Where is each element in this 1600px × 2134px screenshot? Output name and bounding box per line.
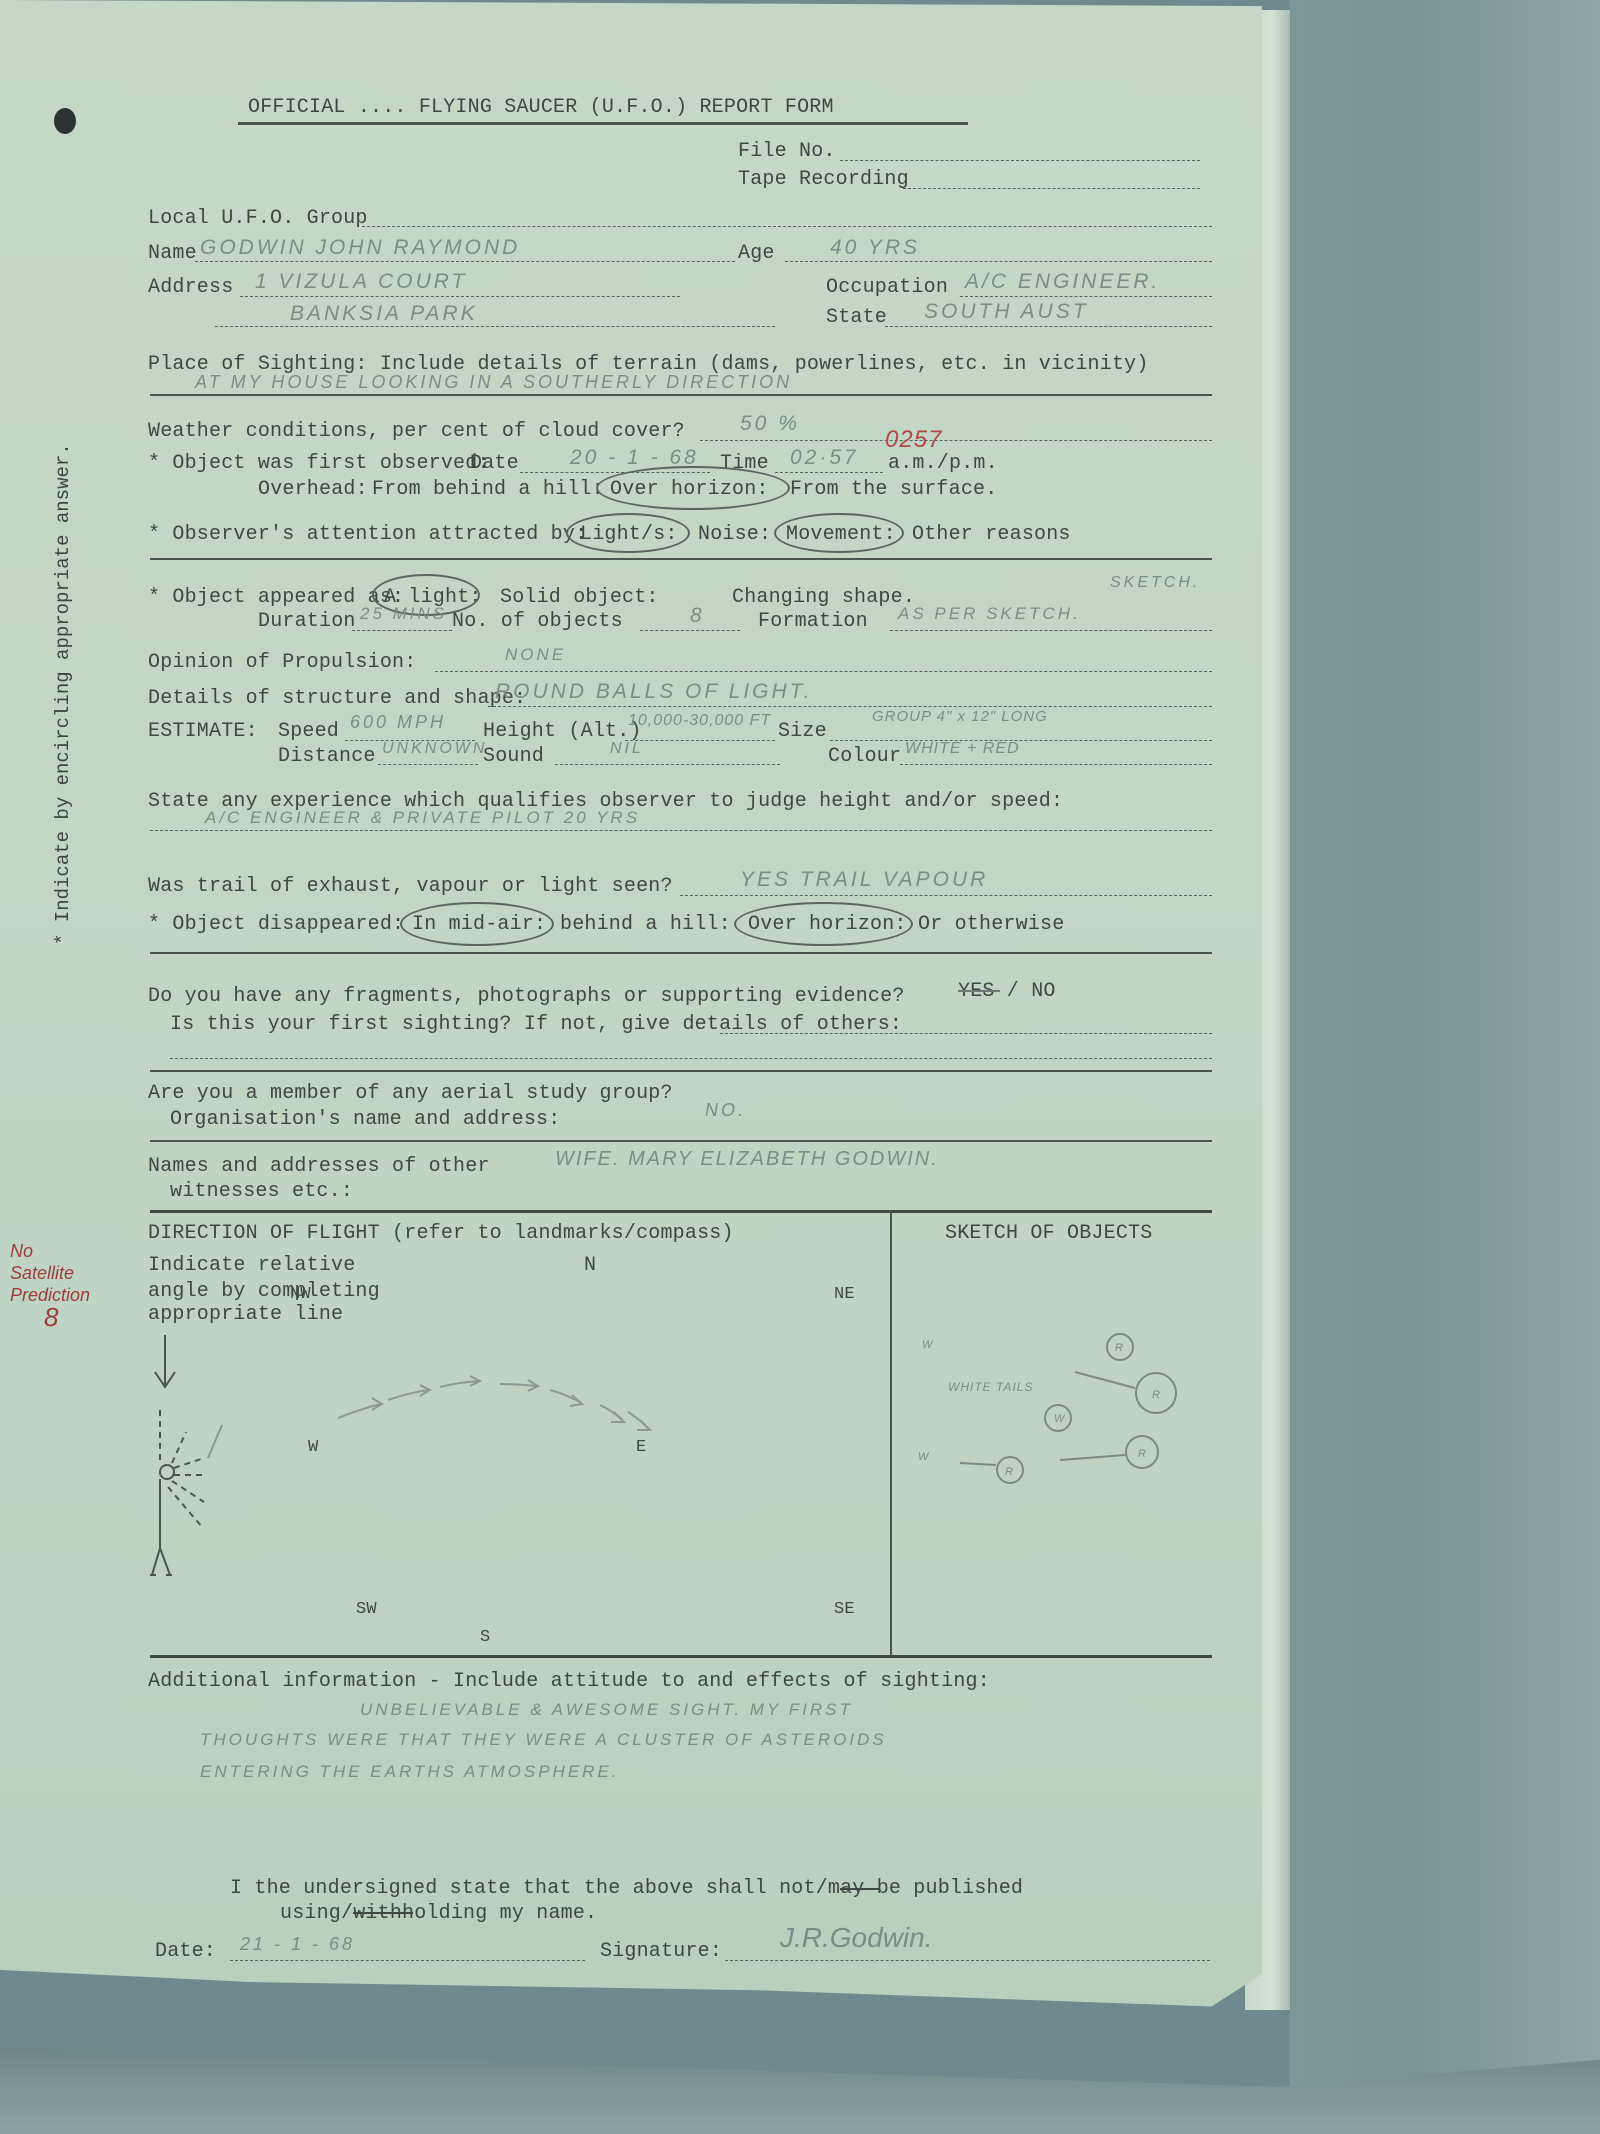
not-strike <box>840 1888 880 1890</box>
svg-text:R: R <box>1005 1466 1013 1478</box>
withholding-strike <box>353 1912 413 1914</box>
svg-text:R: R <box>1152 1389 1160 1401</box>
declaration-line-2: using/withholding my name. <box>280 1902 597 1925</box>
svg-text:W: W <box>922 1339 934 1351</box>
additional-line-1[interactable]: UNBELIEVABLE & AWESOME SIGHT. MY FIRST <box>360 1700 853 1720</box>
declaration-line-1: I the undersigned state that the above s… <box>230 1877 1023 1900</box>
svg-text:W: W <box>918 1451 930 1463</box>
declaration-date-value[interactable]: 21 - 1 - 68 <box>240 1934 355 1955</box>
report-form-page: OFFICIAL .... FLYING SAUCER (U.F.O.) REP… <box>0 0 1262 2035</box>
signature-field <box>725 1960 1210 1961</box>
margin-annotation-line: No <box>10 1240 90 1262</box>
observer-arrow-icon <box>155 1335 175 1387</box>
margin-annotation-line: Satellite <box>10 1262 90 1284</box>
signature-value[interactable]: J.R.Godwin. <box>780 1922 933 1954</box>
svg-text:R: R <box>1115 1342 1123 1354</box>
observer-figure-icon <box>150 1410 222 1575</box>
margin-annotation: No Satellite Prediction 8 <box>10 1240 90 1328</box>
backdrop <box>1290 0 1600 2134</box>
additional-line-3[interactable]: ENTERING THE EARTHS ATMOSPHERE. <box>200 1762 620 1782</box>
white-tails-label: WHITE TAILS <box>948 1380 1033 1394</box>
additional-label: Additional information - Include attitud… <box>148 1670 990 1693</box>
declaration-date-field <box>230 1960 585 1961</box>
flight-path-arrows <box>338 1376 650 1430</box>
direction-bottom-rule <box>150 1655 1212 1658</box>
sketch-object-circles <box>960 1334 1176 1483</box>
encircle-instruction-note: * Indicate by encircling appropriate ans… <box>52 443 74 945</box>
signature-label: Signature: <box>600 1940 722 1963</box>
svg-text:R: R <box>1138 1448 1146 1460</box>
additional-line-2[interactable]: THOUGHTS WERE THAT THEY WERE A CLUSTER O… <box>200 1730 887 1750</box>
margin-annotation-number: 8 <box>10 1306 90 1328</box>
svg-text:W: W <box>1054 1413 1066 1425</box>
declaration-date-label: Date: <box>155 1940 216 1963</box>
